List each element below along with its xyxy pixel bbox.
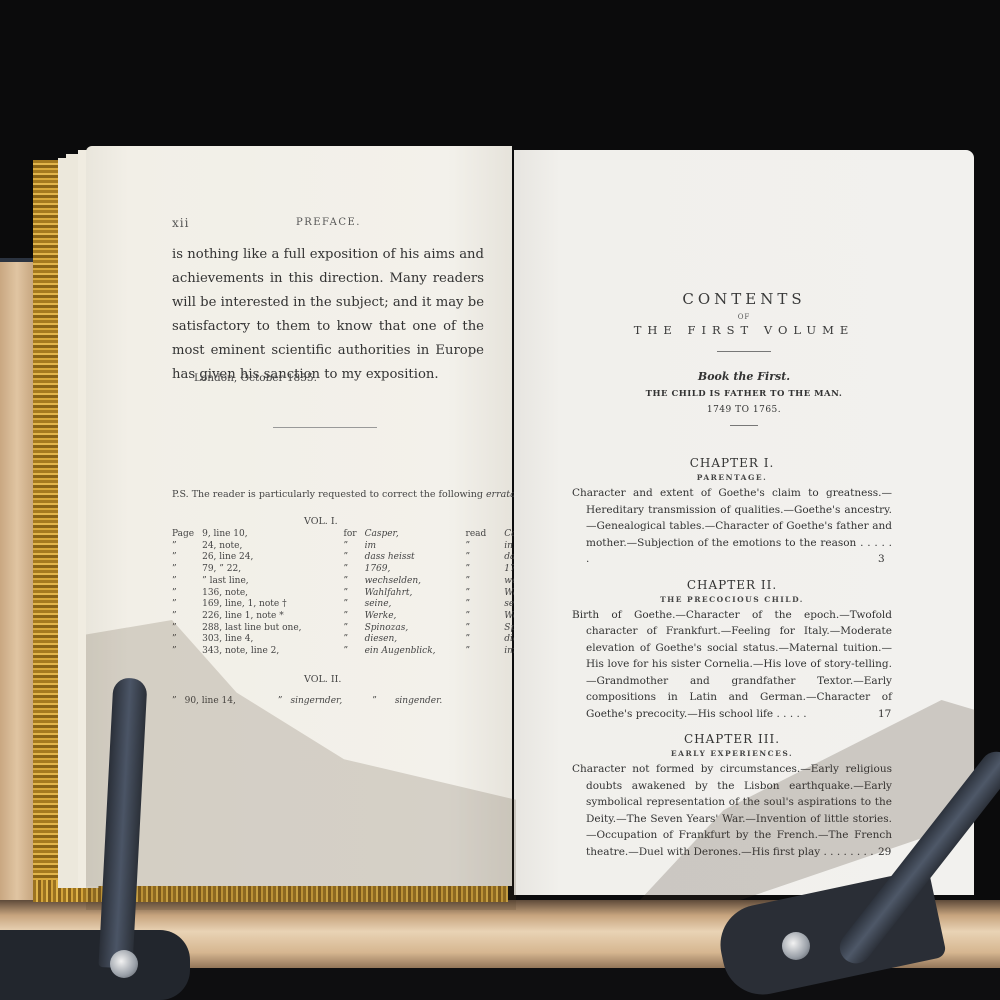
ps-errata-word: errata <box>486 489 516 500</box>
errata-location: 226, line 1, note * <box>198 611 305 623</box>
errata-read-label: ” <box>440 564 491 576</box>
errata-location: 303, line 4, <box>198 634 305 646</box>
errata-for-label: ” <box>306 634 361 646</box>
errata-location: 169, line, 1, note † <box>198 599 305 611</box>
errata-incorrect: ein Augenblick, <box>361 646 440 658</box>
errata-location: 9, line 10, <box>198 529 305 541</box>
errata-page-prefix: ” <box>168 576 198 588</box>
errata-location: ” last line, <box>198 576 305 588</box>
errata-for-label: for <box>306 529 361 541</box>
errata-incorrect: Wahlfahrt, <box>361 588 440 600</box>
running-head: PREFACE. <box>296 217 361 228</box>
errata-page-prefix: ” <box>168 541 198 553</box>
errata-read-label: ” <box>440 588 491 600</box>
errata-location: 26, line 24, <box>198 552 305 564</box>
vol2-heading: VOL. II. <box>304 674 341 685</box>
chapter-entry: CHAPTER II. THE PRECOCIOUS CHILD. Birth … <box>572 578 892 723</box>
errata-location: 288, last line but one, <box>198 623 305 635</box>
errata-incorrect: Werke, <box>361 611 440 623</box>
book-stand-side <box>0 262 34 1000</box>
errata-read-label: ” <box>440 552 491 564</box>
errata-incorrect: Casper, <box>361 529 440 541</box>
errata-location: 79, ” 22, <box>198 564 305 576</box>
book-title: THE CHILD IS FATHER TO THE MAN. <box>514 389 974 399</box>
contents-title: CONTENTS <box>514 290 974 308</box>
errata-correct: singender. <box>381 696 446 708</box>
chapter-description-text: Character and extent of Goethe's claim t… <box>572 487 892 565</box>
errata-for-label: ” <box>306 623 361 635</box>
errata-incorrect: wechselden, <box>361 576 440 588</box>
left-clamp-screw-icon <box>110 950 138 978</box>
book-dates: 1749 TO 1765. <box>514 405 974 415</box>
errata-location: 343, note, line 2, <box>198 646 305 658</box>
preface-paragraph: is nothing like a full exposition of his… <box>172 243 484 387</box>
errata-read-label: ” <box>440 576 491 588</box>
errata-incorrect: Spinozas, <box>361 623 440 635</box>
errata-location: 136, note, <box>198 588 305 600</box>
errata-page-prefix: ” <box>168 552 198 564</box>
chapter-subtitle: PARENTAGE. <box>572 473 892 482</box>
errata-for-label: ” <box>306 564 361 576</box>
errata-incorrect: im <box>361 541 440 553</box>
short-rule <box>730 425 758 426</box>
errata-read-label: ” <box>440 599 491 611</box>
errata-read-label: read <box>440 529 491 541</box>
errata-page-prefix: ” <box>168 599 198 611</box>
preface-signature: London, October 1855. <box>194 372 317 384</box>
contents-subtitle: THE FIRST VOLUME <box>514 323 974 337</box>
left-clamp-base <box>0 930 190 1000</box>
right-clamp-screw-icon <box>782 932 810 960</box>
chapter-title: CHAPTER II. <box>572 578 892 592</box>
errata-for-label: ” <box>306 599 361 611</box>
errata-for-label: ” <box>306 646 361 658</box>
book-heading: Book the First. <box>514 370 974 383</box>
contents-of: OF <box>514 313 974 321</box>
errata-incorrect: 1769, <box>361 564 440 576</box>
errata-location: 24, note, <box>198 541 305 553</box>
errata-read-label: ” <box>440 611 491 623</box>
chapter-title: CHAPTER I. <box>572 456 892 470</box>
contents-header: CONTENTS OF THE FIRST VOLUME Book the Fi… <box>514 290 974 426</box>
errata-for-label: ” <box>306 552 361 564</box>
errata-for-label: ” <box>306 576 361 588</box>
errata-read-label: ” <box>440 623 491 635</box>
errata-for-label: ” <box>306 588 361 600</box>
chapter-description: Birth of Goethe.—Character of the epoch.… <box>572 607 892 723</box>
chapter-subtitle: THE PRECOCIOUS CHILD. <box>572 595 892 604</box>
errata-for-label: ” <box>306 611 361 623</box>
errata-read-label: ” <box>346 696 381 708</box>
errata-read-label: ” <box>440 646 491 658</box>
errata-page-prefix: ” <box>168 588 198 600</box>
preface-text: is nothing like a full exposition of his… <box>172 243 484 387</box>
chapter-description: Character and extent of Goethe's claim t… <box>572 485 892 568</box>
vol1-heading: VOL. I. <box>304 516 338 527</box>
errata-read-label: ” <box>440 634 491 646</box>
chapter-title: CHAPTER III. <box>572 732 892 746</box>
divider-rule <box>273 427 377 428</box>
chapter-description-text: Birth of Goethe.—Character of the epoch.… <box>572 609 892 720</box>
page-number: xii <box>172 216 189 230</box>
ps-note: P.S. The reader is particularly requeste… <box>172 489 522 500</box>
chapter-entry: CHAPTER I. PARENTAGE. Character and exte… <box>572 456 892 568</box>
errata-incorrect: dass heisst <box>361 552 440 564</box>
errata-read-label: ” <box>440 541 491 553</box>
errata-incorrect: seine, <box>361 599 440 611</box>
ps-text: P.S. The reader is particularly requeste… <box>172 489 486 500</box>
errata-incorrect: singernder, <box>286 696 346 708</box>
errata-page-prefix: Page <box>168 529 198 541</box>
errata-for-label: ” <box>306 541 361 553</box>
errata-page-prefix: ” <box>168 564 198 576</box>
errata-incorrect: diesen, <box>361 634 440 646</box>
ornament-rule <box>717 351 771 352</box>
